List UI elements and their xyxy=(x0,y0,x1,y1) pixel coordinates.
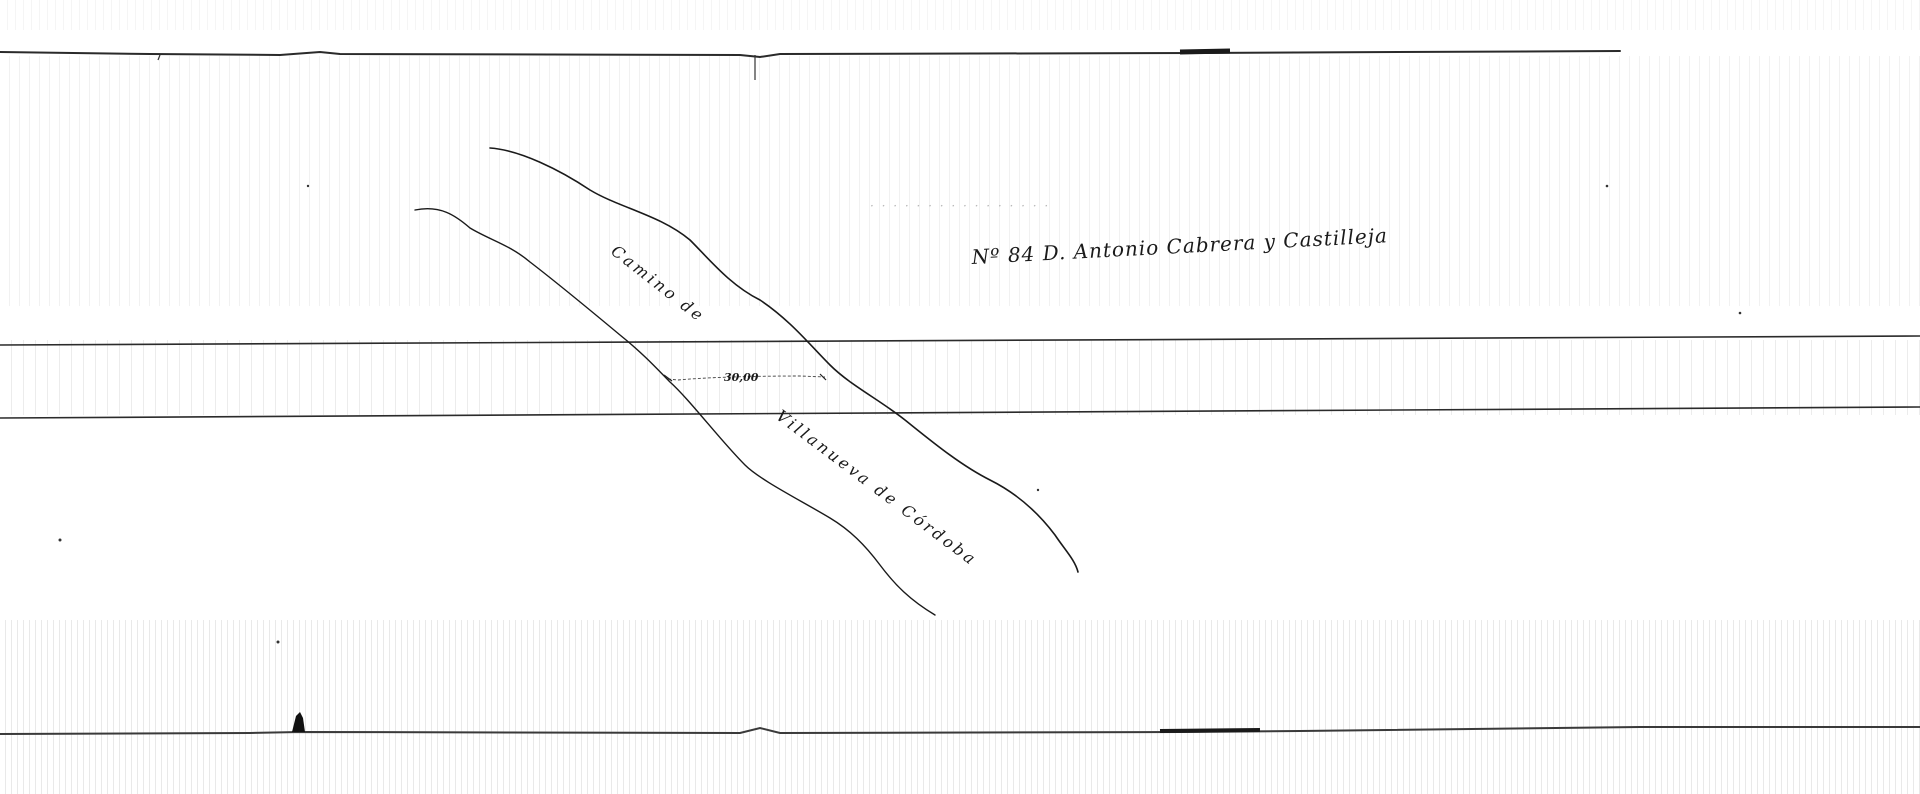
ink-speck xyxy=(277,641,280,644)
band-line-lower xyxy=(0,407,1920,418)
ink-speck xyxy=(59,539,62,542)
ink-speck xyxy=(1739,312,1742,315)
bottom-border-smudge xyxy=(1160,730,1260,731)
ink-speck xyxy=(1037,489,1039,491)
map-drawing: · · · · · · · · · · · · · · · · Nº 84 D.… xyxy=(0,0,1920,794)
road-width-label: 30,00 xyxy=(724,371,759,384)
road-edge-lower xyxy=(415,209,935,615)
dimension-tick-right xyxy=(820,374,826,380)
parcel-owner-label: Nº 84 D. Antonio Cabrera y Castilleja xyxy=(970,223,1388,269)
top-border-smudge xyxy=(1180,51,1230,52)
faint-heading-text: · · · · · · · · · · · · · · · · xyxy=(870,199,1050,213)
bottom-border-line xyxy=(0,727,1920,734)
road-label-lower: Villanueva de Córdoba xyxy=(773,406,982,570)
road-label-upper: Camino de xyxy=(608,241,709,326)
band-line-upper xyxy=(0,336,1920,345)
top-border-tick-2 xyxy=(158,55,160,60)
ink-speck xyxy=(1606,185,1609,188)
top-border-line xyxy=(0,51,1620,57)
ink-speck xyxy=(307,185,309,187)
map-sheet: · · · · · · · · · · · · · · · · Nº 84 D.… xyxy=(0,0,1920,794)
bottom-ink-blot xyxy=(292,712,305,732)
